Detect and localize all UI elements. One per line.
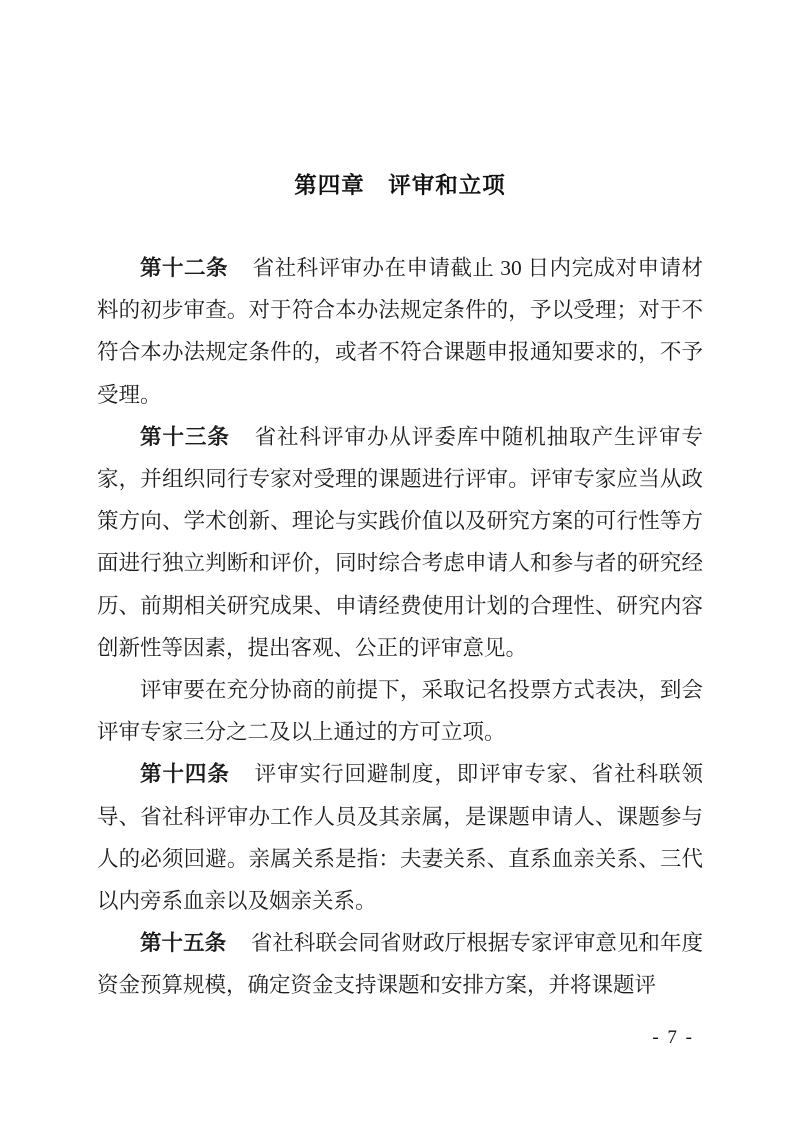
paragraph: 第十二条省社科评审办在申请截止 30 日内完成对申请材料的初步审查。对于符合本办… (97, 247, 703, 416)
document-page: 第四章 评审和立项 第十二条省社科评审办在申请截止 30 日内完成对申请材料的初… (0, 0, 800, 1131)
chapter-title: 第四章 评审和立项 (0, 168, 800, 200)
article-number-label: 第十三条 (140, 425, 230, 449)
paragraph: 第十五条省社科联会同省财政厅根据专家评审意见和年度资金预算规模，确定资金支持课题… (97, 922, 703, 1006)
paragraph-text: 省社科评审办从评委库中随机抽取产生评审专家，并组织同行专家对受理的课题进行评审。… (97, 425, 703, 660)
paragraph: 第十四条评审实行回避制度，即评审专家、省社科联领导、省社科评审办工作人员及其亲属… (97, 753, 703, 922)
article-number-label: 第十二条 (140, 256, 228, 280)
document-body: 第十二条省社科评审办在申请截止 30 日内完成对申请材料的初步审查。对于符合本办… (97, 247, 703, 1007)
page-number: - 7 - (652, 1026, 694, 1050)
article-number-label: 第十四条 (140, 762, 230, 786)
article-number-label: 第十五条 (140, 931, 226, 955)
paragraph: 第十三条省社科评审办从评委库中随机抽取产生评审专家，并组织同行专家对受理的课题进… (97, 416, 703, 669)
paragraph-text: 评审要在充分协商的前提下，采取记名投票方式表决，到会评审专家三分之二及以上通过的… (97, 678, 703, 744)
paragraph: 评审要在充分协商的前提下，采取记名投票方式表决，到会评审专家三分之二及以上通过的… (97, 669, 703, 753)
